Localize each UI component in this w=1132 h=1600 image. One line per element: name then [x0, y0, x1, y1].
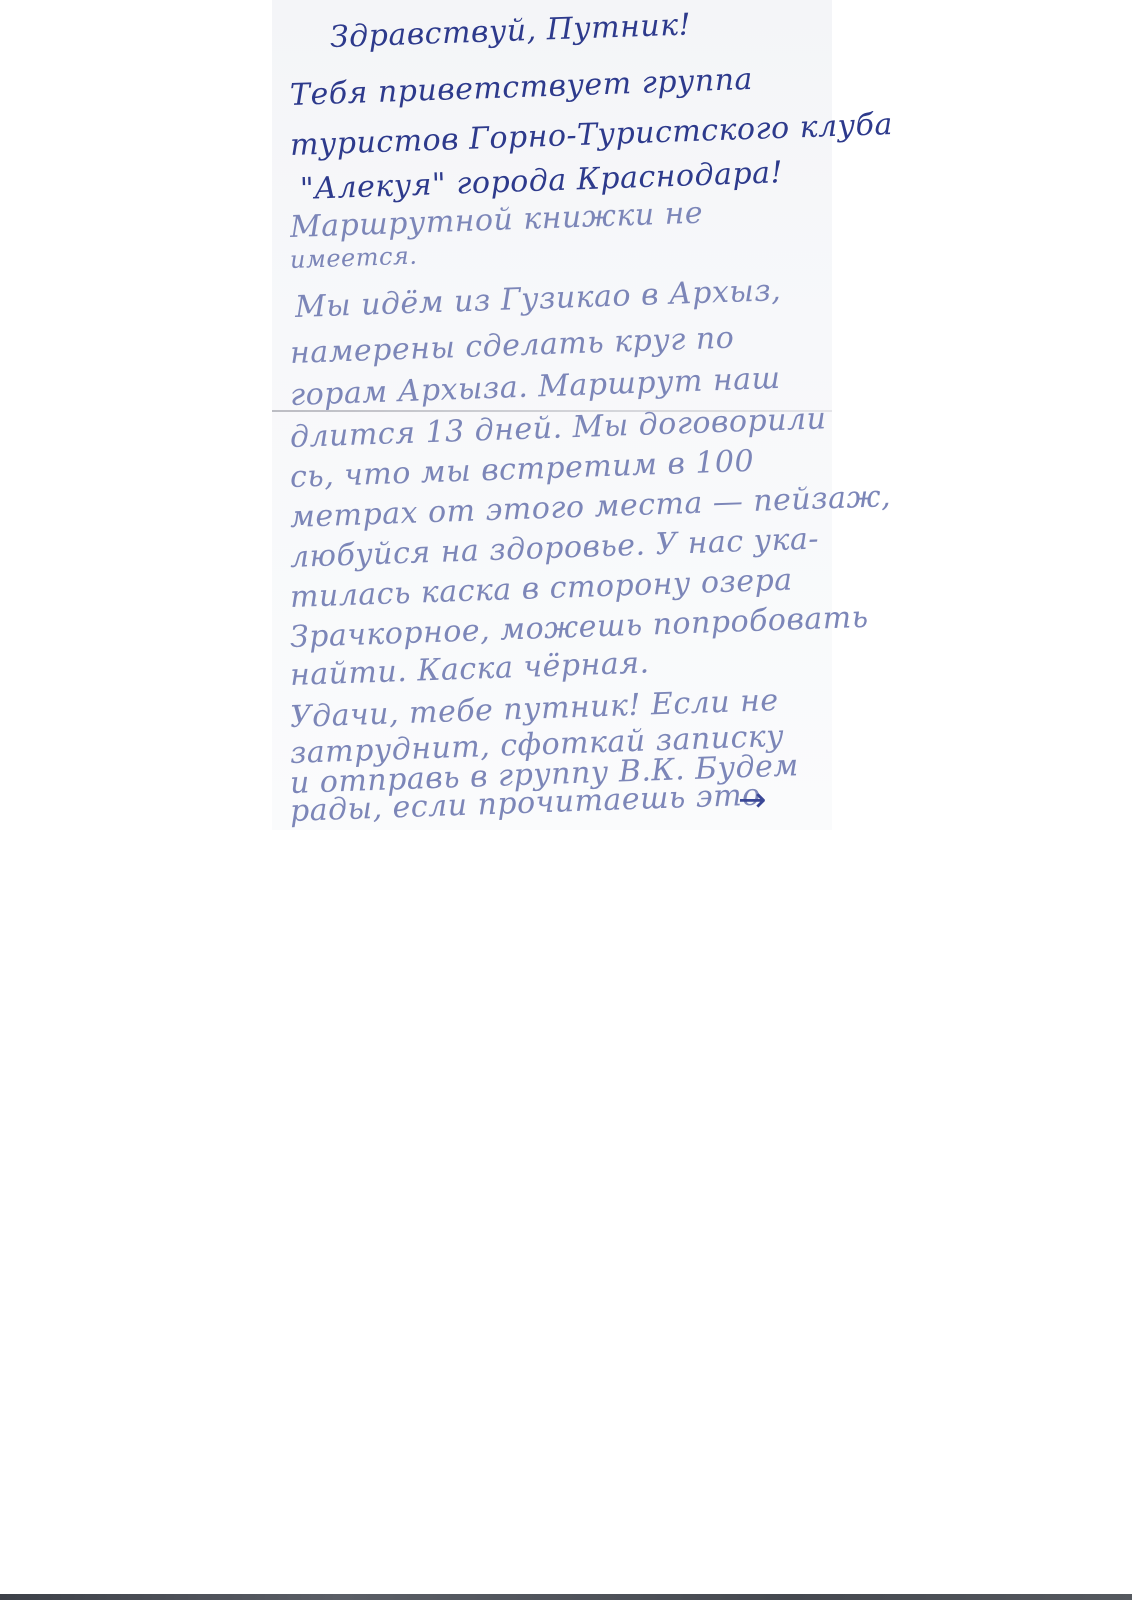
note-line: имеется. [290, 242, 418, 274]
continuation-arrow-icon: → [738, 780, 767, 820]
scan-bottom-edge [0, 1594, 1132, 1600]
